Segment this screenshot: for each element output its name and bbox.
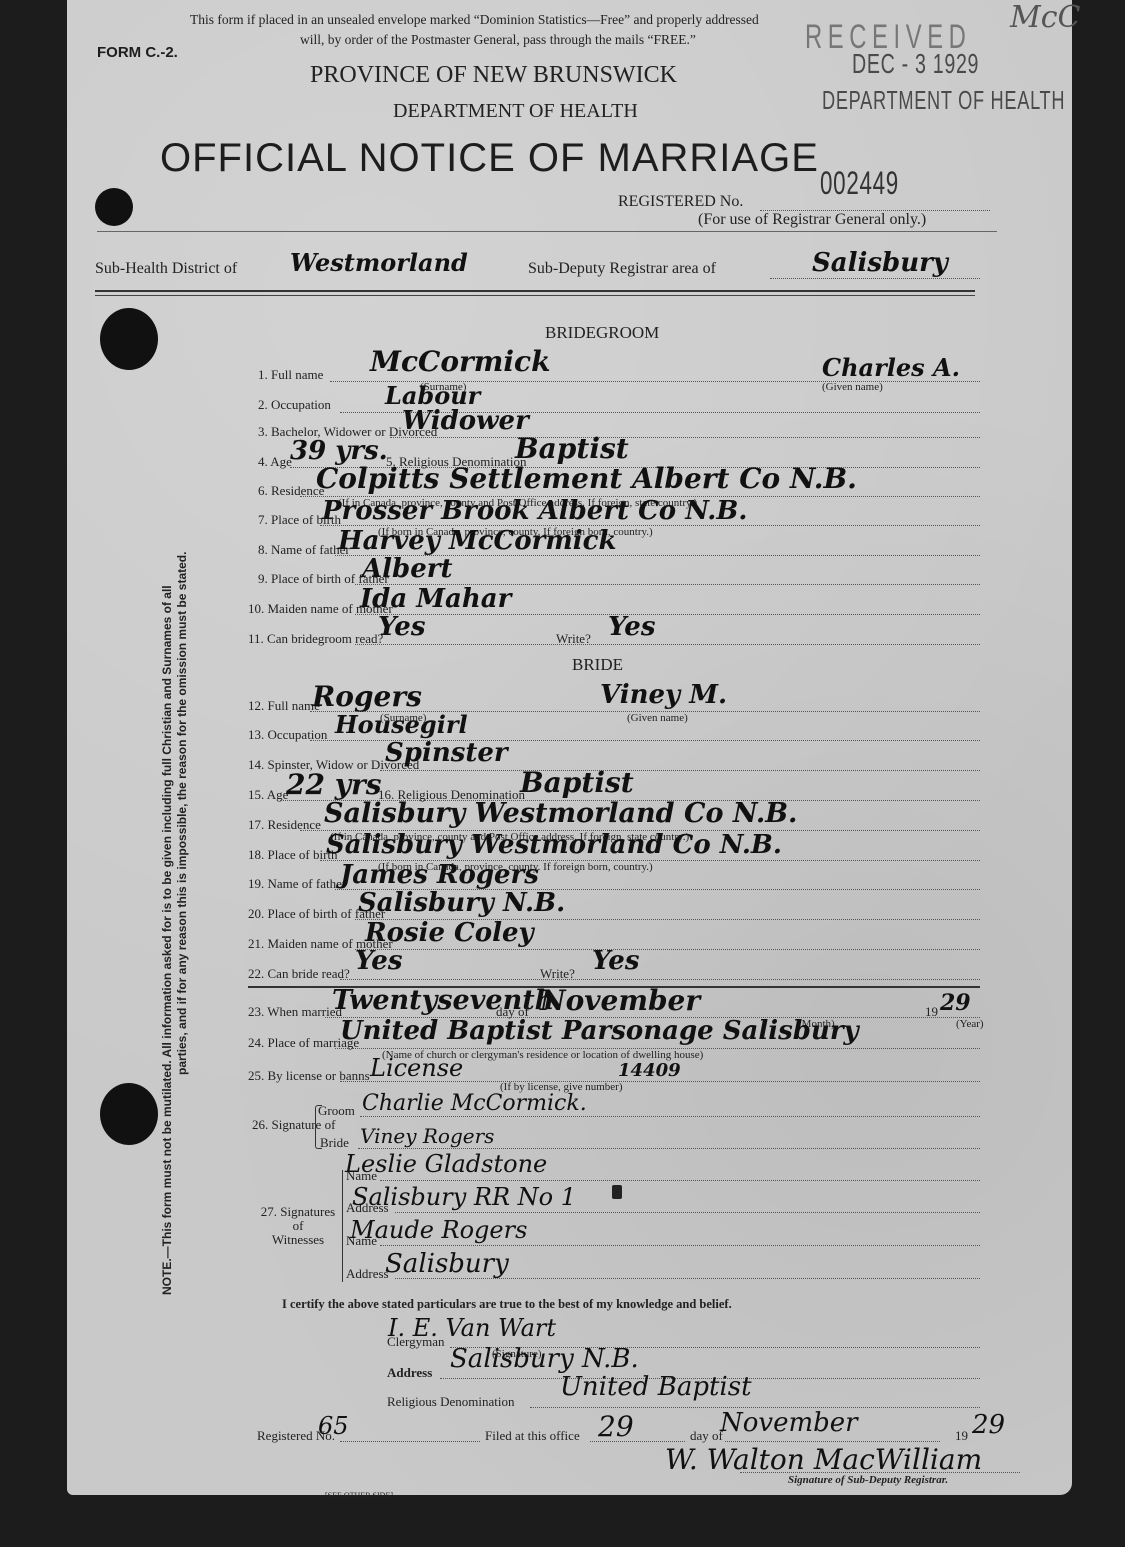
groom-given-caption: (Given name) — [822, 381, 883, 393]
sub-deputy-registrar-label: Sub-Deputy Registrar area of — [528, 260, 716, 278]
groom-signature-line — [360, 1116, 980, 1117]
groom-write: Yes — [608, 612, 655, 642]
see-other-side: [SEE OTHER SIDE] — [325, 1491, 393, 1500]
filed-year: 29 — [972, 1410, 1005, 1440]
groom-signature-label: Groom — [318, 1103, 355, 1119]
punch-hole — [95, 188, 133, 226]
bride-status: Spinster — [385, 738, 508, 768]
mail-notice-line2: will, by order of the Postmaster General… — [300, 32, 696, 48]
side-note-line1: NOTE.—This form must not be mutilated. A… — [160, 515, 175, 1295]
groom-mother-line — [355, 614, 980, 615]
form-code: FORM C.-2. — [97, 44, 178, 61]
signature-of-label: 26. Signature of — [252, 1117, 335, 1133]
received-stamp-department: DEPARTMENT OF HEALTH — [822, 85, 1065, 116]
groom-occupation-label: 2. Occupation — [258, 397, 331, 413]
bride-father-birthplace: Salisbury N.B. — [358, 888, 565, 918]
witness-1-name: Leslie Gladstone — [345, 1150, 547, 1178]
filed-month: November — [720, 1408, 858, 1438]
groom-surname: McCormick — [370, 345, 550, 378]
clergyman-signature: I. E. Van Wart — [388, 1314, 556, 1342]
marriage-year: 29 — [940, 990, 971, 1016]
bride-signature-line — [358, 1148, 980, 1149]
place-of-marriage: United Baptist Parsonage Salisbury — [340, 1016, 859, 1046]
bride-father-label: 19. Name of father — [248, 876, 346, 892]
bride-write: Yes — [592, 946, 639, 976]
bride-father: James Rogers — [340, 860, 539, 890]
registered-no-footer-line — [340, 1441, 480, 1442]
sub-health-district-label: Sub-Health District of — [95, 260, 237, 278]
bride-signature-label: Bride — [320, 1135, 349, 1151]
registrar-general-note: (For use of Registrar General only.) — [698, 211, 926, 229]
district-divider-thin — [95, 295, 975, 296]
bride-read-label: 22. Can bride read? — [248, 966, 350, 982]
groom-mother: Ida Mahar — [360, 584, 511, 614]
bride-signature: Viney Rogers — [360, 1124, 494, 1148]
header-divider — [97, 231, 997, 232]
license-line — [340, 1081, 980, 1082]
filed-label: Filed at this office — [485, 1428, 580, 1444]
district-divider — [95, 290, 975, 292]
filed-month-line — [725, 1441, 940, 1442]
bride-given-caption: (Given name) — [627, 712, 688, 724]
groom-read: Yes — [378, 612, 425, 642]
side-note: NOTE.—This form must not be mutilated. A… — [160, 515, 190, 1295]
registered-no-footer: 65 — [318, 1412, 349, 1440]
denomination-label: Religious Denomination — [387, 1394, 514, 1410]
groom-age-label: 4. Age — [258, 454, 292, 470]
witness-2-address-label: Address — [346, 1266, 389, 1282]
ink-blot — [612, 1185, 622, 1199]
bride-residence: Salisbury Westmorland Co N.B. — [324, 798, 797, 829]
side-note-line2: parties, and if for any reason this is i… — [175, 515, 190, 1295]
groom-given-name: Charles A. — [822, 353, 960, 382]
bride-mother: Rosie Coley — [365, 918, 534, 948]
witnesses-label-line3: Witnesses — [272, 1232, 324, 1247]
year-caption: (Year) — [956, 1018, 984, 1030]
registrar-caption: Signature of Sub-Deputy Registrar. — [788, 1474, 948, 1486]
bride-surname: Rogers — [312, 680, 422, 713]
witnesses-label: 27. Signatures of Witnesses — [253, 1205, 343, 1247]
witness-2-address-line — [395, 1278, 980, 1279]
groom-birthplace: Prosser Brook Albert Co N.B. — [322, 496, 747, 526]
witness-2-name: Maude Rogers — [350, 1216, 527, 1244]
filed-year-prefix: 19 — [955, 1428, 968, 1444]
groom-status: Widower — [402, 406, 529, 436]
bride-age: 22 yrs — [286, 768, 382, 801]
bride-religion: Baptist — [520, 766, 634, 799]
bridegroom-heading: BRIDEGROOM — [545, 323, 659, 343]
groom-father-birthplace: Albert — [362, 554, 452, 584]
clergyman-denomination: United Baptist — [560, 1372, 752, 1402]
bride-given-name: Viney M. — [600, 680, 727, 710]
page-title: OFFICIAL NOTICE OF MARRIAGE — [160, 136, 819, 181]
bride-mother-line — [355, 949, 980, 950]
witness-1-name-line — [380, 1180, 980, 1181]
witness-1-address: Salisbury RR No 1 — [352, 1183, 576, 1211]
witness-2-address: Salisbury — [385, 1249, 509, 1279]
punch-hole — [100, 308, 158, 370]
corner-annotation: McC — [1010, 0, 1080, 35]
license-or-banns: License — [370, 1054, 463, 1082]
clergyman-address-label: Address — [387, 1365, 432, 1381]
groom-status-line — [390, 437, 980, 438]
groom-father: Harvey McCormick — [338, 526, 617, 556]
filed-day: 29 — [598, 1410, 634, 1443]
certification-statement: I certify the above stated particulars a… — [282, 1297, 732, 1312]
groom-signature: Charlie McCormick. — [362, 1091, 587, 1116]
groom-read-line — [355, 644, 980, 645]
clergyman-address: Salisbury N.B. — [450, 1344, 639, 1374]
registered-number-value: 002449 — [820, 165, 899, 202]
groom-residence: Colpitts Settlement Albert Co N.B. — [316, 462, 857, 495]
received-stamp-date: DEC - 3 1929 — [852, 48, 979, 80]
witness-1-address-line — [395, 1212, 980, 1213]
marriage-month: November — [540, 984, 700, 1017]
province-heading: PROVINCE OF NEW BRUNSWICK — [310, 62, 677, 89]
license-number: 14409 — [618, 1060, 681, 1081]
witness-2-name-line — [380, 1245, 980, 1246]
groom-religion: Baptist — [515, 432, 629, 465]
punch-hole — [100, 1083, 158, 1145]
bride-read-line — [340, 979, 980, 980]
registrar-signature-line — [740, 1472, 1020, 1473]
bride-birthplace: Salisbury Westmorland Co N.B. — [326, 830, 782, 860]
witnesses-label-line1: 27. Signatures — [261, 1204, 335, 1219]
sub-health-district-value: Westmorland — [290, 248, 468, 277]
district-line — [770, 278, 980, 279]
groom-full-name-label: 1. Full name — [258, 367, 323, 383]
department-heading: DEPARTMENT OF HEALTH — [393, 100, 638, 123]
registered-no-label: REGISTERED No. — [618, 193, 743, 211]
witnesses-label-line2: of — [293, 1218, 304, 1233]
sub-deputy-registrar-value: Salisbury — [812, 248, 948, 278]
bride-read: Yes — [355, 946, 402, 976]
bride-heading: BRIDE — [572, 655, 623, 675]
bride-status-line — [380, 770, 980, 771]
filed-day-line — [590, 1441, 685, 1442]
bride-occupation: Housegirl — [335, 710, 468, 739]
filed-day-of-label: day of — [690, 1428, 723, 1444]
mail-notice-line1: This form if placed in an unsealed envel… — [190, 12, 759, 28]
